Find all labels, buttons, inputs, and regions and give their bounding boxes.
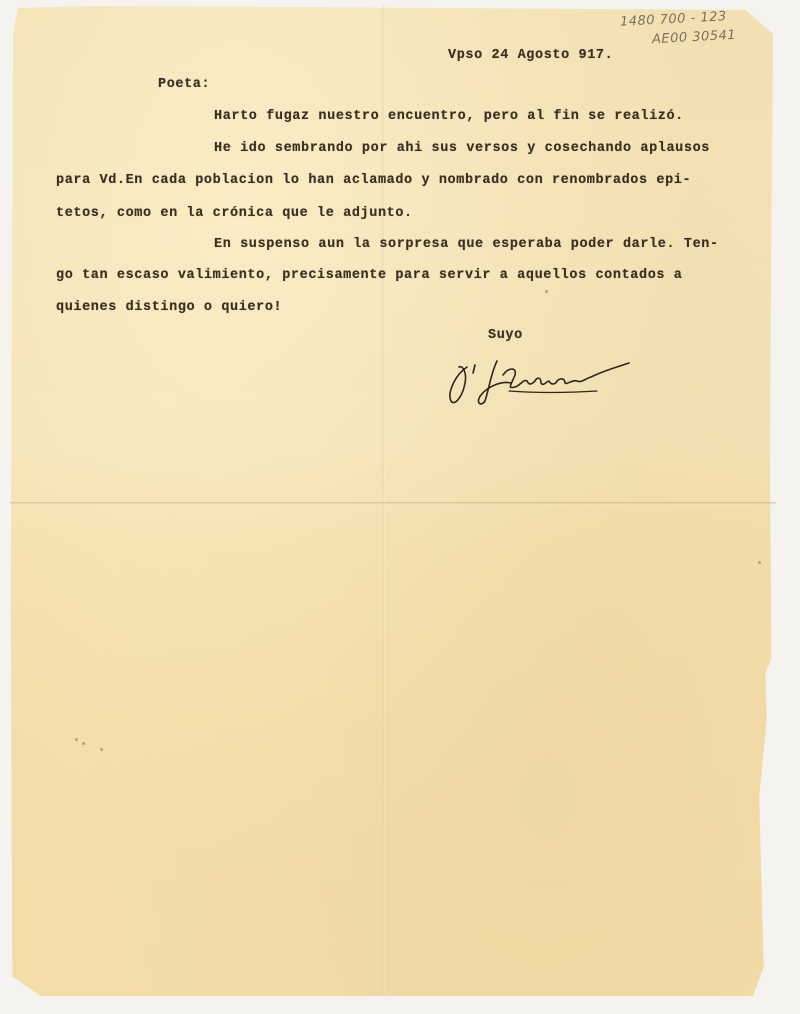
paper-speck [100, 748, 103, 751]
paper-speck [545, 290, 548, 293]
body-line-1: Harto fugaz nuestro encuentro, pero al f… [214, 109, 684, 124]
paper-speck [75, 738, 78, 741]
body-line-3: para Vd.En cada poblacion lo han aclamad… [56, 173, 691, 188]
body-line-5: En suspenso aun la sorpresa que esperaba… [214, 237, 719, 252]
body-line-7: quienes distingo o quiero! [56, 300, 282, 315]
handwritten-signature [445, 355, 645, 410]
salutation: Poeta: [158, 77, 210, 92]
date-line: Vpso 24 Agosto 917. [448, 48, 613, 63]
body-line-2: He ido sembrando por ahi sus versos y co… [214, 141, 710, 156]
closing: Suyo [488, 328, 523, 343]
body-line-4: tetos, como en la crónica que le adjunto… [56, 206, 413, 221]
paper-speck [82, 742, 85, 745]
paper-speck [758, 561, 761, 564]
horizontal-fold-crease [10, 502, 776, 505]
body-line-6: go tan escaso valimiento, precisamente p… [56, 268, 683, 283]
